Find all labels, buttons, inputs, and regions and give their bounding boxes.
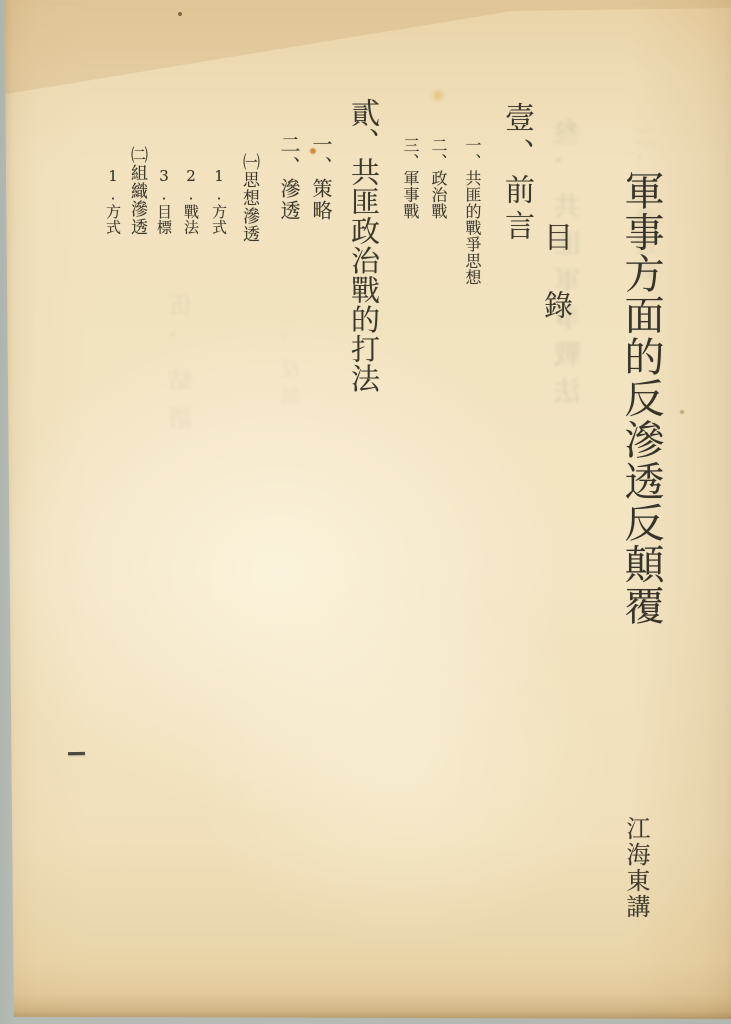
toc-leaf-2-2-1-3: 3.目標 xyxy=(154,167,175,235)
lecturer-attribution: 江海東講 xyxy=(619,816,654,920)
paper-stain xyxy=(430,88,446,103)
toc-leaf-2-2-1-1: 1.方式 xyxy=(209,167,230,235)
toc-subitem-2-2-2: ㈡組織滲透 xyxy=(125,146,150,236)
toc-leaf-2-2-2-1: 1.方式 xyxy=(103,167,124,235)
bleed-through-ghost-column: 伍、結語 xyxy=(165,292,200,444)
document-title: 軍事方面的反滲透反顛覆 xyxy=(613,170,670,627)
paper-sheet: 叁、共匪軍事戰法 二、反滲透戰 伍、結語 三、反制 軍事方面的反滲透反顛覆 目錄… xyxy=(0,0,731,1024)
toc-heading: 目錄 xyxy=(537,222,578,358)
paper-speck xyxy=(310,148,316,154)
toc-leaf-2-2-1-2: 2.戰法 xyxy=(181,167,202,235)
paper-speck xyxy=(178,12,182,16)
toc-item-1-2: 二、政治戰 xyxy=(427,137,450,220)
scanned-page: 叁、共匪軍事戰法 二、反滲透戰 伍、結語 三、反制 軍事方面的反滲透反顛覆 目錄… xyxy=(0,0,731,1024)
toc-section-1: 壹、前言 xyxy=(494,102,538,246)
toc-item-1-3: 三、軍事戰 xyxy=(399,137,422,220)
toc-subitem-2-2-1: ㈠思想滲透 xyxy=(237,153,262,243)
paper-bottom-shadow xyxy=(0,994,731,1024)
bleed-through-ghost-column: 三、反制 xyxy=(278,305,305,413)
ink-dash-mark xyxy=(68,752,85,755)
toc-item-2-2: 二、滲透 xyxy=(275,134,304,222)
paper-speck xyxy=(680,410,684,414)
toc-item-1-1: 一、共匪的戰爭思想 xyxy=(461,137,484,286)
toc-section-2: 貳、共匪政治戰的打法 xyxy=(344,98,385,393)
